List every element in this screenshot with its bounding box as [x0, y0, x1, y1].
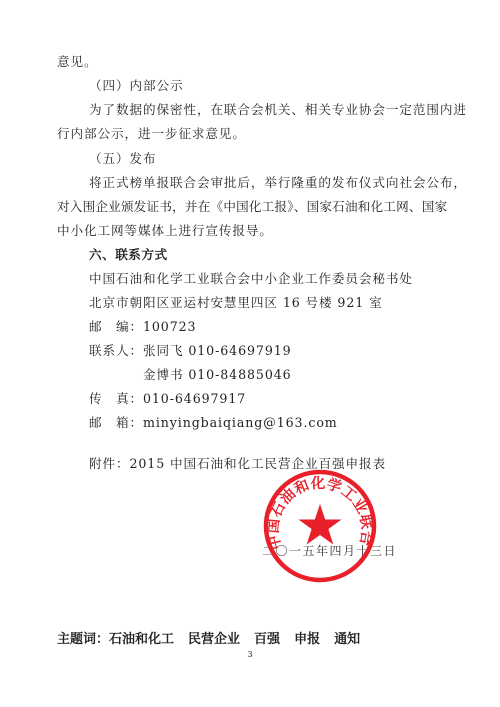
keyword: 石油和化工	[109, 632, 174, 647]
official-seal-icon: 中国石油和化学工业联合会	[262, 468, 378, 584]
keywords-label: 主题词：	[57, 632, 109, 647]
contact-postcode: 邮 编：100723	[89, 319, 196, 335]
text-line: 为了数据的保密性，在联合会机关、相关专业协会一定范围内进	[89, 102, 467, 118]
text-line: 对入围企业颁发证书，并在《中国化工报》、国家石油和化工网、国家	[57, 199, 447, 215]
keyword: 通知	[334, 632, 360, 647]
keyword: 民营企业	[188, 632, 240, 647]
document-page: 意见。 （四）内部公示 为了数据的保密性，在联合会机关、相关专业协会一定范围内进…	[0, 0, 500, 707]
text-line: 将正式榜单报联合会审批后，举行隆重的发布仪式向社会公布，	[89, 175, 467, 191]
page-number: 3	[0, 650, 500, 659]
contact-email: 邮 箱：minyingbaiqiang@163.com	[89, 415, 338, 431]
keywords-line: 主题词：石油和化工民营企业百强申报通知	[57, 628, 374, 647]
text-line: 意见。	[57, 54, 97, 70]
contact-address: 北京市朝阳区亚运村安慧里四区 16 号楼 921 室	[89, 295, 383, 311]
contact-organization: 中国石油和化学工业联合会中小企业工作委员会秘书处	[89, 271, 413, 287]
contact-person-2: 金博书 010-84885046	[89, 367, 292, 383]
keyword: 百强	[254, 632, 280, 647]
contact-fax: 传 真：010-64697917	[89, 391, 246, 407]
contact-person-1: 联系人：张同飞 010-64697919	[89, 343, 292, 359]
section-heading-publish: （五）发布	[89, 151, 156, 167]
section-heading-internal-notice: （四）内部公示	[89, 78, 183, 94]
text-line: 行内部公示，进一步征求意见。	[57, 126, 246, 142]
keyword: 申报	[294, 632, 320, 647]
text-line: 中小化工网等媒体上进行宣传报导。	[57, 223, 273, 239]
section-heading-contact: 六、联系方式	[89, 247, 168, 263]
